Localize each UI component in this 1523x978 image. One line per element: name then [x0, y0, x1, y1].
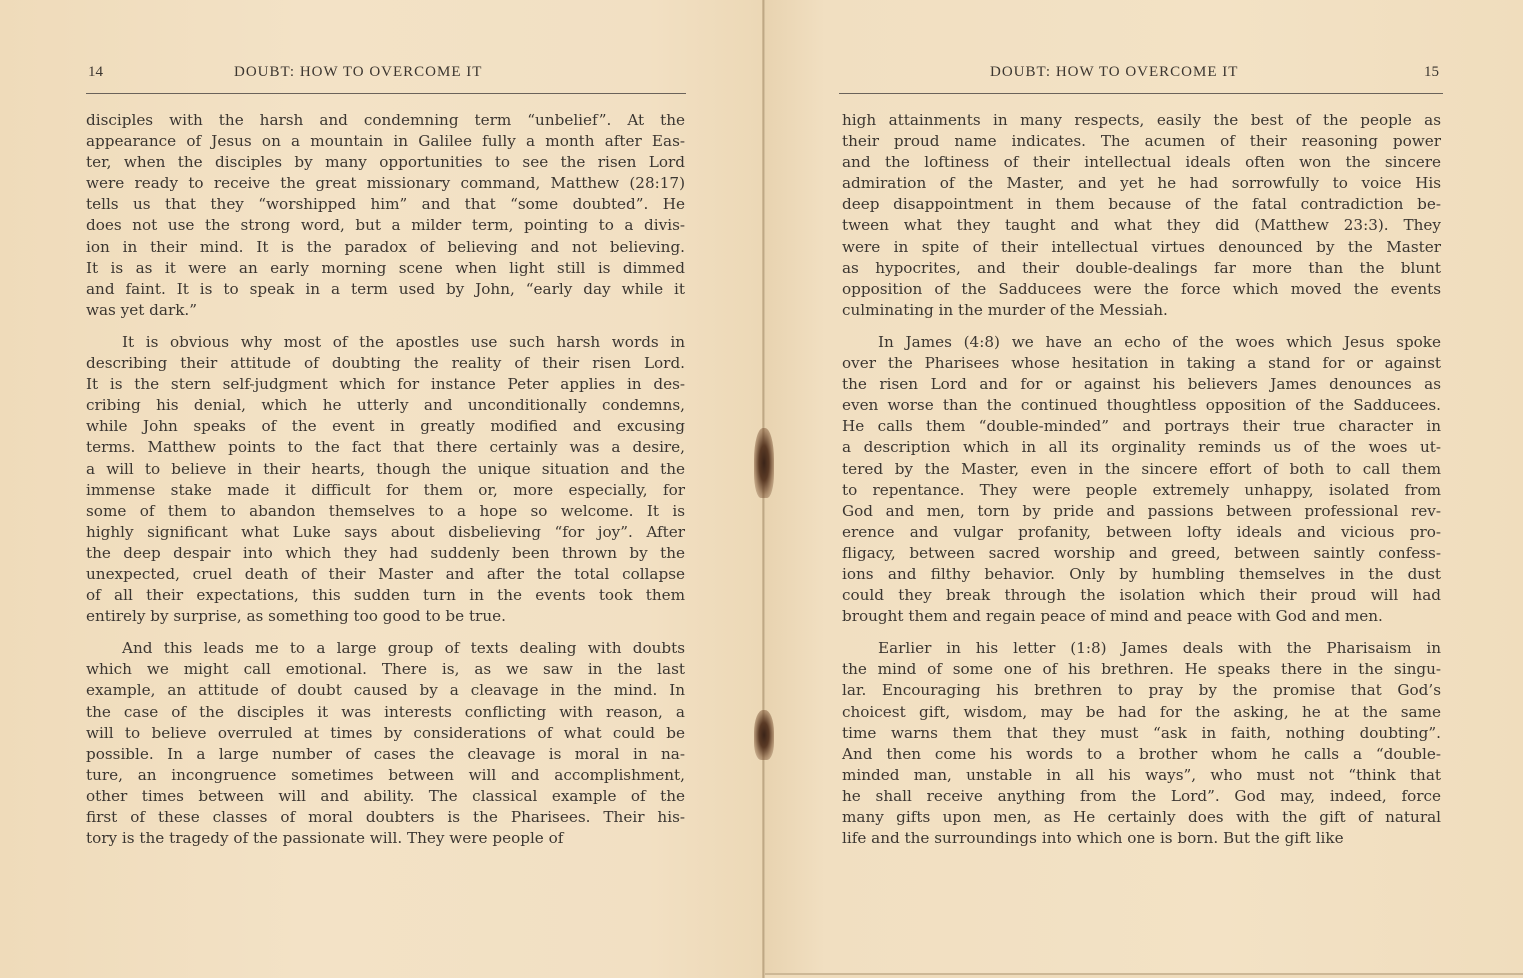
left-page: 14 DOUBT: HOW TO OVERCOME IT disciples w… — [0, 0, 763, 978]
text-line: unexpected, cruel death of their Master … — [86, 564, 685, 585]
text-line: tered by the Master, even in the sincere… — [842, 459, 1441, 480]
paragraph: disciples with the harsh and condemning … — [86, 110, 685, 321]
text-line: choicest gift, wisdom, may be had for th… — [842, 702, 1441, 723]
text-line: minded man, unstable in all his ways”, w… — [842, 765, 1441, 786]
rusty-staple-mark — [754, 710, 774, 760]
text-line: lar. Encouraging his brethren to pray by… — [842, 680, 1441, 701]
running-head: DOUBT: HOW TO OVERCOME IT — [990, 64, 1238, 81]
paragraph: high attainments in many respects, easil… — [842, 110, 1441, 321]
text-line: some of them to abandon themselves to a … — [86, 501, 685, 522]
text-line: high attainments in many respects, easil… — [842, 110, 1441, 131]
paragraph: And this leads me to a large group of te… — [86, 638, 685, 849]
text-line: tells us that they “worshipped him” and … — [86, 194, 685, 215]
text-line: their proud name indicates. The acumen o… — [842, 131, 1441, 152]
page-number: 14 — [88, 64, 103, 81]
text-line: the deep despair into which they had sud… — [86, 543, 685, 564]
running-head: DOUBT: HOW TO OVERCOME IT — [234, 64, 482, 81]
text-line: were ready to receive the great missiona… — [86, 173, 685, 194]
text-line: which we might call emotional. There is,… — [86, 659, 685, 680]
text-line: fligacy, between sacred worship and gree… — [842, 543, 1441, 564]
text-line: over the Pharisees whose hesitation in t… — [842, 353, 1441, 374]
text-line: example, an attitude of doubt caused by … — [86, 680, 685, 701]
text-line: as hypocrites, and their double-dealings… — [842, 258, 1441, 279]
body-text: high attainments in many respects, easil… — [842, 110, 1441, 849]
page-number: 15 — [1424, 64, 1439, 81]
text-line: opposition of the Sadducees were the for… — [842, 279, 1441, 300]
text-line: God and men, torn by pride and passions … — [842, 501, 1441, 522]
header-rule — [839, 93, 1443, 94]
text-line: brought them and regain peace of mind an… — [842, 606, 1441, 627]
text-line: will to believe overruled at times by co… — [86, 723, 685, 744]
text-line: tory is the tragedy of the passionate wi… — [86, 828, 685, 849]
text-line: describing their attitude of doubting th… — [86, 353, 685, 374]
text-line: tween what they taught and what they did… — [842, 215, 1441, 236]
text-line: was yet dark.” — [86, 300, 685, 321]
text-line: ture, an incongruence sometimes between … — [86, 765, 685, 786]
text-line: other times between will and ability. Th… — [86, 786, 685, 807]
text-line: It is obvious why most of the apostles u… — [86, 332, 685, 353]
book-spread: 14 DOUBT: HOW TO OVERCOME IT disciples w… — [0, 0, 1523, 978]
text-line: a description which in all its orginalit… — [842, 437, 1441, 458]
text-line: time warns them that they must “ask in f… — [842, 723, 1441, 744]
text-line: terms. Matthew points to the fact that t… — [86, 437, 685, 458]
text-line: the case of the disciples it was interes… — [86, 702, 685, 723]
text-line: ions and filthy behavior. Only by humbli… — [842, 564, 1441, 585]
text-line: appearance of Jesus on a mountain in Gal… — [86, 131, 685, 152]
text-line: It is the stern self-judgment which for … — [86, 374, 685, 395]
text-line: many gifts upon men, as He certainly doe… — [842, 807, 1441, 828]
text-line: In James (4:8) we have an echo of the wo… — [842, 332, 1441, 353]
text-line: immense stake made it difficult for them… — [86, 480, 685, 501]
rusty-staple-mark — [754, 428, 774, 498]
text-line: and the loftiness of their intellectual … — [842, 152, 1441, 173]
text-line: highly significant what Luke says about … — [86, 522, 685, 543]
text-line: possible. In a large number of cases the… — [86, 744, 685, 765]
text-line: a will to believe in their hearts, thoug… — [86, 459, 685, 480]
text-line: the risen Lord and for or against his be… — [842, 374, 1441, 395]
text-line: were in spite of their intellectual virt… — [842, 237, 1441, 258]
text-line: could they break through the isolation w… — [842, 585, 1441, 606]
text-line: life and the surroundings into which one… — [842, 828, 1441, 849]
text-line: and faint. It is to speak in a term used… — [86, 279, 685, 300]
text-line: ter, when the disciples by many opportun… — [86, 152, 685, 173]
header-rule — [86, 93, 686, 94]
text-line: ion in their mind. It is the paradox of … — [86, 237, 685, 258]
text-line: Earlier in his letter (1:8) James deals … — [842, 638, 1441, 659]
text-line: admiration of the Master, and yet he had… — [842, 173, 1441, 194]
text-line: to repentance. They were people extremel… — [842, 480, 1441, 501]
text-line: It is as it were an early morning scene … — [86, 258, 685, 279]
text-line: He calls them “double-minded” and portra… — [842, 416, 1441, 437]
paragraph: Earlier in his letter (1:8) James deals … — [842, 638, 1441, 849]
text-line: does not use the strong word, but a mild… — [86, 215, 685, 236]
text-line: erence and vulgar profanity, between lof… — [842, 522, 1441, 543]
text-line: entirely by surprise, as something too g… — [86, 606, 685, 627]
text-line: even worse than the continued thoughtles… — [842, 395, 1441, 416]
text-line: first of these classes of moral doubters… — [86, 807, 685, 828]
body-text: disciples with the harsh and condemning … — [86, 110, 685, 849]
text-line: while John speaks of the event in greatl… — [86, 416, 685, 437]
text-line: the mind of some one of his brethren. He… — [842, 659, 1441, 680]
paragraph: In James (4:8) we have an echo of the wo… — [842, 332, 1441, 627]
right-page: DOUBT: HOW TO OVERCOME IT 15 high attain… — [764, 0, 1523, 975]
text-line: of all their expectations, this sudden t… — [86, 585, 685, 606]
text-line: And then come his words to a brother who… — [842, 744, 1441, 765]
text-line: culminating in the murder of the Messiah… — [842, 300, 1441, 321]
text-line: And this leads me to a large group of te… — [86, 638, 685, 659]
text-line: cribing his denial, which he utterly and… — [86, 395, 685, 416]
text-line: he shall receive anything from the Lord”… — [842, 786, 1441, 807]
text-line: deep disappointment in them because of t… — [842, 194, 1441, 215]
paragraph: It is obvious why most of the apostles u… — [86, 332, 685, 627]
text-line: disciples with the harsh and condemning … — [86, 110, 685, 131]
